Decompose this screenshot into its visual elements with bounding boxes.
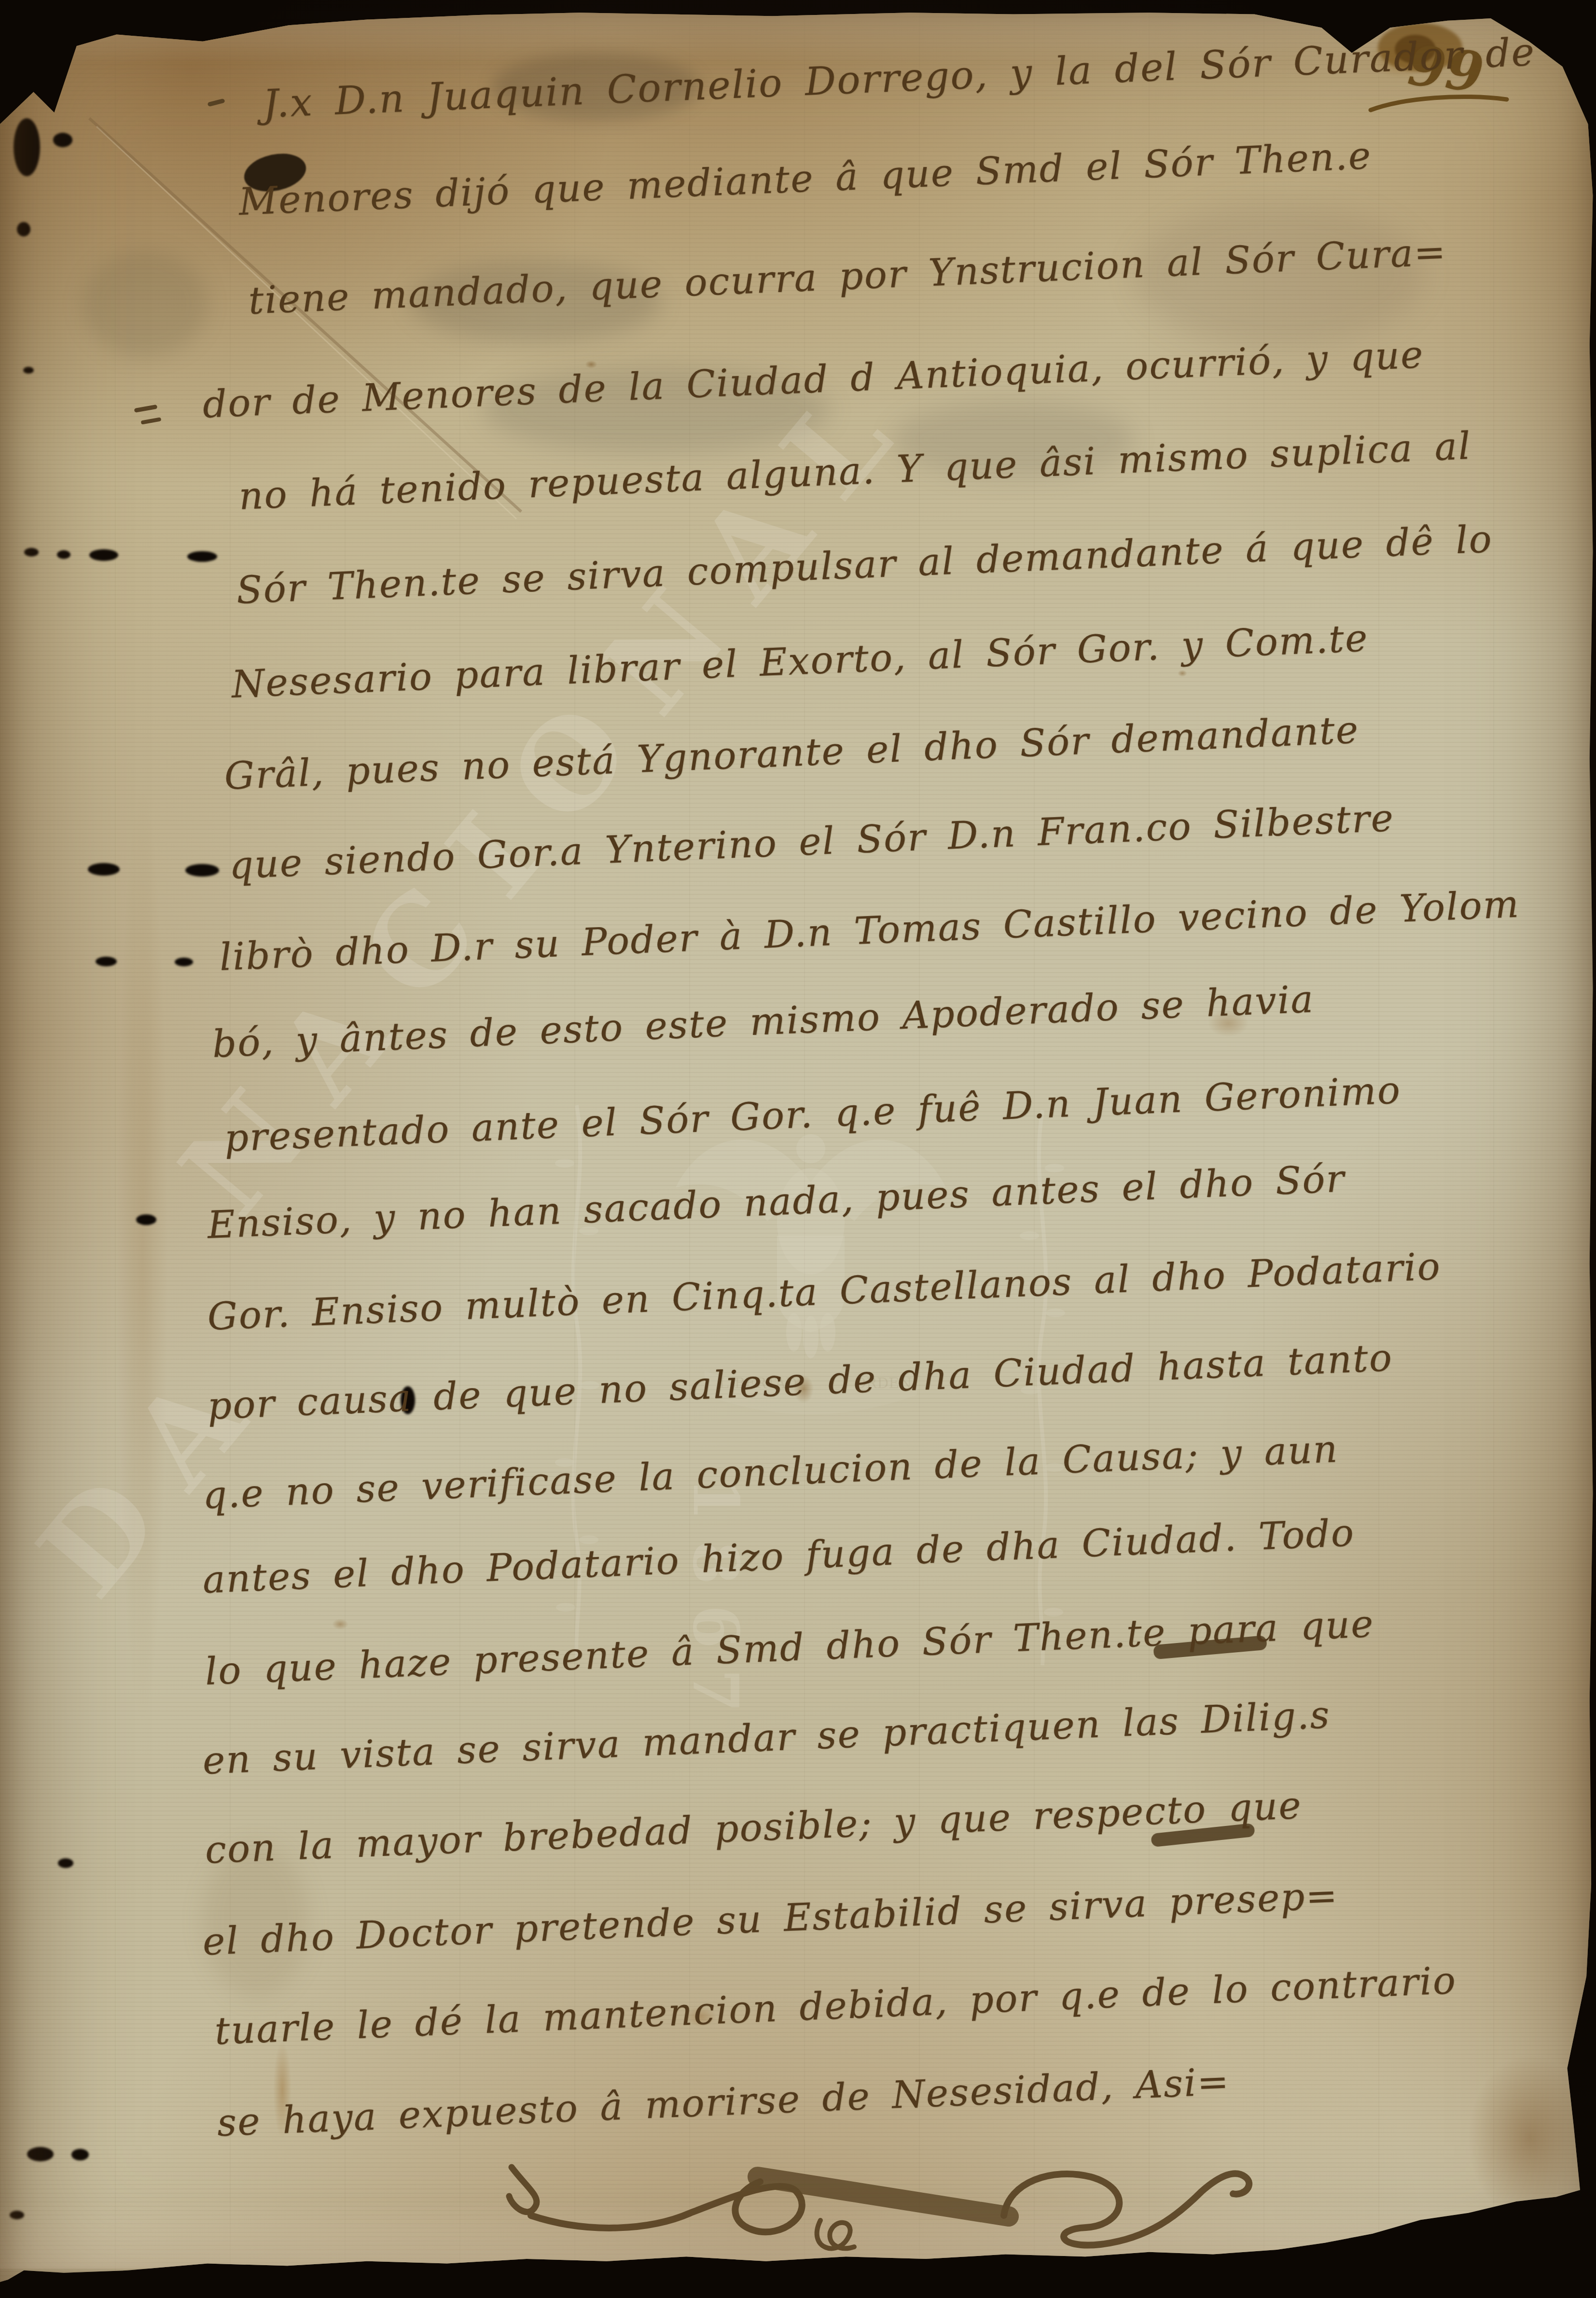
- rubric-flourish: [483, 2124, 1303, 2283]
- paper-sheet: NACIONAL DA 1867 LIBERTAD ORDEN: [0, 0, 1596, 2298]
- manuscript-photo: NACIONAL DA 1867 LIBERTAD ORDEN: [0, 0, 1596, 2298]
- page-number-underline: [1366, 87, 1511, 121]
